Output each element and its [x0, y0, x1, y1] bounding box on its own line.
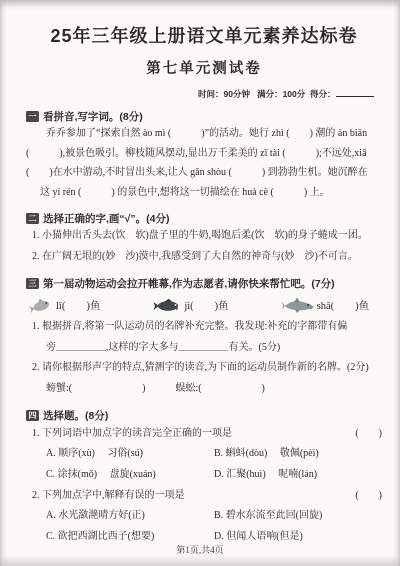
question-1-options-row2: C. 涂抹(mǒ) 盘旋(xuán) D. 汇聚(huì) 呢喃(lán)	[46, 465, 382, 486]
section4-number-badge: 四	[26, 410, 39, 421]
question-2: 2. 下列加点字中,解释有误的一项是 ( )	[32, 485, 382, 506]
full-score-label: 满分：100分	[257, 89, 305, 99]
passage-line: 这 yí rén ( ) 的景色中,想将这一切描绘在 huà cè ( ) 上。	[40, 183, 382, 203]
option-c: C. 涂抹(mǒ) 盘旋(xuán)	[46, 465, 214, 486]
option-b: B. 碧水东流至此回(回旋)	[214, 506, 322, 527]
option-b: B. 蝌蚪(dòu) 敬佩(pèi)	[214, 444, 319, 465]
section4-header: 四 选择题。(8分)	[26, 408, 382, 423]
question-2-answer-bracket: ( )	[355, 485, 382, 506]
fish-name-plates: lǐ( )鱼 jì( )鱼	[28, 295, 382, 315]
passage-line: ( ),被景色吸引。柳枝随风摆动,显出万千柔美的 zī tài ( );不远处,…	[26, 144, 382, 164]
section3-item1-line2: 旁＿＿＿＿＿,这样的字大多与＿＿＿＿＿有关。(5分)	[46, 338, 382, 359]
section1-header: 一 看拼音,写字词。(8分)	[26, 109, 382, 124]
section3-item2-line1: 2. 请你根据形声字的特点,猜测字的读音,为下面的运动员制作新的名牌。(2分)	[32, 358, 382, 379]
question-1-answer-bracket: ( )	[355, 423, 382, 444]
crucian-label: jì( )鱼	[184, 298, 228, 313]
crucian-fish-icon	[152, 297, 182, 313]
crucian-plate: jì( )鱼	[152, 297, 228, 313]
time-label: 时间：90分钟	[198, 89, 250, 99]
question-1: 1. 下列词语中加点字的读音完全正确的一项是 ( )	[32, 423, 382, 444]
question-1-text: 1. 下列词语中加点字的读音完全正确的一项是	[32, 423, 232, 444]
exam-meta-line: 时间：90分钟 满分：100分 得分：	[198, 88, 382, 100]
passage-line: ( )在水中游动,不时冒出头来,让人 gǎn shòu ( ) 到勃勃生机。她沉…	[26, 163, 382, 183]
question-2-text: 2. 下列加点字中,解释有误的一项是	[32, 485, 185, 506]
question-1-options-row1: A. 顺序(xù) 习俗(sú) B. 蝌蚪(dòu) 敬佩(pèi)	[46, 444, 382, 465]
shark-fish-icon	[281, 296, 315, 314]
carp-plate: lǐ( )鱼	[28, 295, 100, 315]
shark-label: shā( )鱼	[317, 298, 370, 313]
exam-paper-page: 25年三年级上册语文单元素养达标卷 第七单元测试卷 时间：90分钟 满分：100…	[0, 0, 400, 566]
section2-number-badge: 二	[26, 213, 39, 224]
section1-title: 看拼音,写字词。(8分)	[43, 109, 143, 124]
section1-number-badge: 一	[26, 111, 39, 122]
score-label: 得分：	[310, 89, 336, 99]
shark-plate: shā( )鱼	[281, 296, 370, 314]
passage-line: 乔乔参加了“探索自然 ào mì ( )”的活动。她行 zhì ( ) 潮的 à…	[26, 124, 382, 144]
page-number-footer: 第1页,共4页	[0, 543, 400, 556]
section3-header: 三 第一届动物运动会拉开帷幕,作为志愿者,请你快来帮忙吧。(7分)	[26, 276, 382, 291]
carp-label: lǐ( )鱼	[56, 298, 100, 313]
section2-header: 二 选择正确的字,画“√”。(4分)	[26, 211, 382, 226]
page-subtitle: 第七单元测试卷	[26, 57, 382, 78]
page-title: 25年三年级上册语文单元素养达标卷	[26, 22, 382, 48]
section4-title: 选择题。(8分)	[43, 408, 108, 423]
option-a: A. 水光潋滟晴方好(正)	[46, 506, 214, 527]
option-a: A. 顺序(xù) 习俗(sú)	[46, 444, 214, 465]
score-blank-line	[336, 88, 374, 97]
section3-title: 第一届动物运动会拉开帷幕,作为志愿者,请你快来帮忙吧。(7分)	[43, 276, 335, 291]
section2-item-1: 1. 小猫伸出舌头去(饮 软)盘子里的牛奶,喝饱后柔(饮 软)的身子蜷成一团。	[32, 226, 382, 247]
section3-number-badge: 三	[26, 278, 39, 289]
question-2-options-row1: A. 水光潋滟晴方好(正) B. 碧水东流至此回(回旋)	[46, 506, 382, 527]
option-d: D. 汇聚(huì) 呢喃(lán)	[214, 465, 317, 486]
section2-item-2: 2. 在广阔无垠的(妙 沙)漠中,我感受到了大自然的神奇与(妙 沙)不可言。	[32, 247, 382, 268]
section2-title: 选择正确的字,画“√”。(4分)	[43, 211, 170, 226]
section1-passage: 乔乔参加了“探索自然 ào mì ( )”的活动。她行 zhì ( ) 潮的 à…	[26, 124, 382, 202]
carp-fish-icon	[28, 295, 54, 315]
section3-item1-line1: 1. 根据拼音,将第一队运动员的名牌补充完整。我发现:补充的字都带有偏	[32, 317, 382, 338]
section3-item2-line2: 螃蟹:( ) 蜈蚣:( )	[46, 379, 382, 400]
